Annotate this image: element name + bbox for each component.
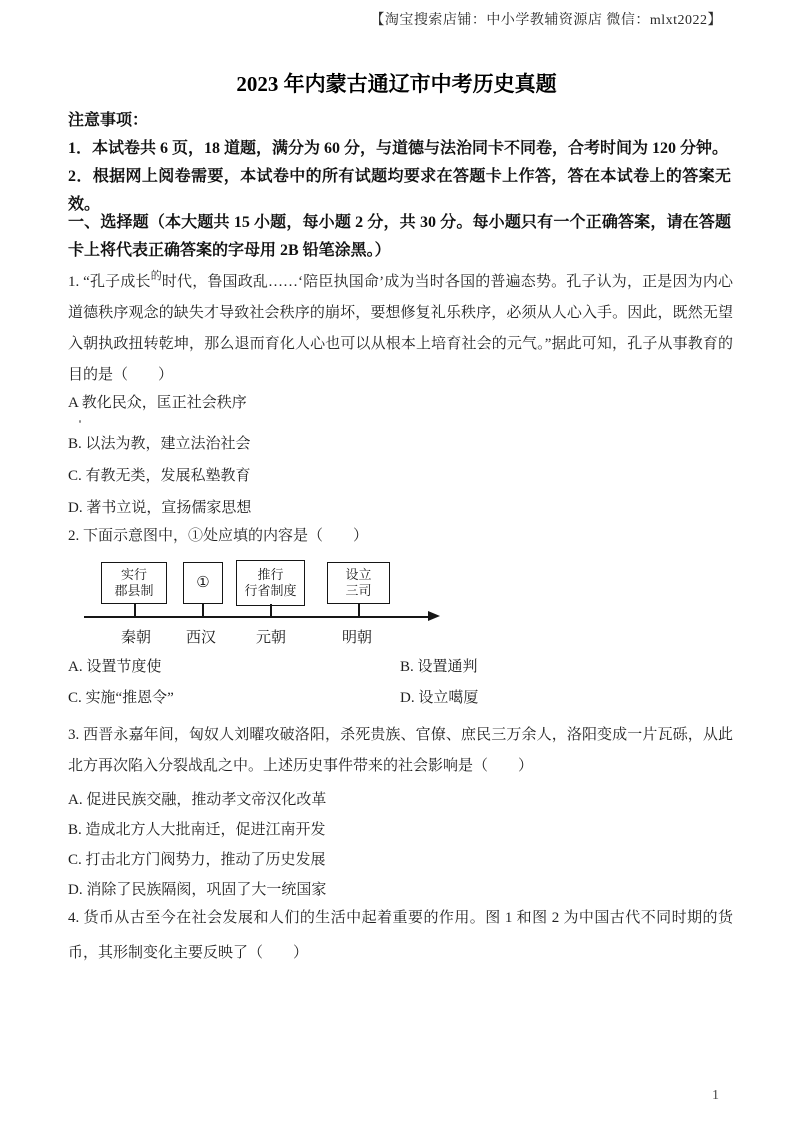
q2-option-c: C. 实施“推恩令” xyxy=(68,690,400,707)
notice-section: 注意事项： 1．本试卷共 6 页，18 道题，满分为 60 分，与道德与法治同卡… xyxy=(68,107,731,219)
q1-option-c: C. 有教无类，发展私塾教育 xyxy=(68,468,468,485)
q2-option-b: B. 设置通判 xyxy=(400,659,628,676)
page-title: 2023 年内蒙古通辽市中考历史真题 xyxy=(0,68,793,98)
diagram-box-yuan: 推行 行省制度 xyxy=(236,560,305,606)
q1-option-a: A 教化民众，匡正社会秩序 xyxy=(68,395,468,412)
timeline-label-xihan: 西汉 xyxy=(186,626,216,647)
q3-option-b: B. 造成北方人大批南迁，促进江南开发 xyxy=(68,822,468,839)
scan-artifact-dot xyxy=(79,420,81,423)
notice-item-1: 1．本试卷共 6 页，18 道题，满分为 60 分，与道德与法治同卡不同卷，合考… xyxy=(68,135,731,163)
question-1-options: A 教化民众，匡正社会秩序 B. 以法为教，建立法治社会 C. 有教无类，发展私… xyxy=(68,395,468,532)
question-3-stem: 3. 西晋永嘉年间，匈奴人刘曜攻破洛阳，杀死贵族、官僚、庶民三万余人，洛阳变成一… xyxy=(68,720,733,782)
notice-heading: 注意事项： xyxy=(68,107,731,135)
q1-stem-pre: 1. “孔子成长 xyxy=(68,274,151,290)
q1-option-d: D. 著书立说，宣扬儒家思想 xyxy=(68,500,468,517)
question-3-options: A. 促进民族交融，推动孝文帝汉化改革 B. 造成北方人大批南迁，促进江南开发 … xyxy=(68,792,468,912)
q3-option-a: A. 促进民族交融，推动孝文帝汉化改革 xyxy=(68,792,468,809)
q2-timeline-diagram: 实行 郡县制 ① 推行 行省制度 设立 三司 秦朝 西汉 元朝 明朝 xyxy=(84,553,456,651)
timeline-arrowhead-icon xyxy=(428,611,440,621)
q3-option-d: D. 消除了民族隔阂，巩固了大一统国家 xyxy=(68,882,468,899)
q1-stem-post: 时代，鲁国政乱……‘陪臣执国命’成为当时各国的普遍态势。孔子认为，正是因为内心道… xyxy=(68,274,733,383)
page-number: 1 xyxy=(712,1088,719,1104)
q2-option-d: D. 设立噶厦 xyxy=(400,690,628,707)
q1-stem-superscript: 的 xyxy=(151,270,162,282)
q1-option-b: B. 以法为教，建立法治社会 xyxy=(68,436,468,453)
question-4-stem: 4. 货币从古至今在社会发展和人们的生活中起着重要的作用。图 1 和图 2 为中… xyxy=(68,901,733,971)
question-2-options: A. 设置节度使 B. 设置通判 C. 实施“推恩令” D. 设立噶厦 xyxy=(68,659,628,707)
timeline-label-yuan: 元朝 xyxy=(256,626,286,647)
timeline-axis xyxy=(84,616,430,618)
question-2-stem: 2. 下面示意图中，①处应填的内容是（ ） xyxy=(68,526,733,546)
diagram-box-qin: 实行 郡县制 xyxy=(101,562,167,604)
question-1-stem: 1. “孔子成长的时代，鲁国政乱……‘陪臣执国命’成为当时各国的普遍态势。孔子认… xyxy=(68,261,733,391)
diagram-box-blank-circle-1: ① xyxy=(183,562,223,604)
timeline-label-ming: 明朝 xyxy=(342,626,372,647)
q2-option-a: A. 设置节度使 xyxy=(68,659,400,676)
section-one-heading: 一、选择题（本大题共 15 小题，每小题 2 分，共 30 分。每小题只有一个正… xyxy=(68,209,731,265)
diagram-box-ming: 设立 三司 xyxy=(327,562,390,604)
exam-page: 【淘宝搜索店铺：中小学教辅资源店 微信：mlxt2022】 2023 年内蒙古通… xyxy=(0,0,793,1122)
header-shop-note: 【淘宝搜索店铺：中小学教辅资源店 微信：mlxt2022】 xyxy=(370,9,722,29)
timeline-label-qin: 秦朝 xyxy=(121,626,151,647)
q3-option-c: C. 打击北方门阀势力，推动了历史发展 xyxy=(68,852,468,869)
